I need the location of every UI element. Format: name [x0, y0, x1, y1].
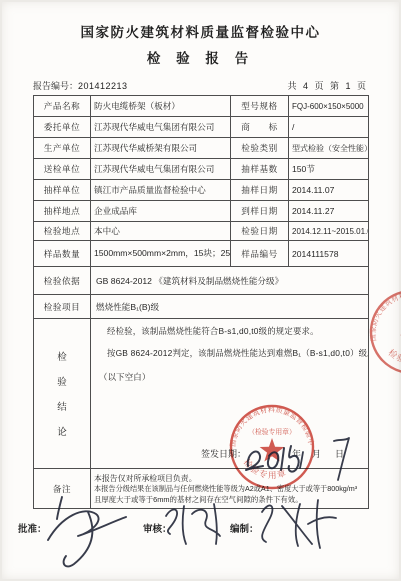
- field-value-manufacturer: 江苏现代华威桥架有限公司: [91, 138, 231, 159]
- table-row: 检验项目 燃烧性能B₁(B)级: [34, 295, 369, 319]
- field-label-arrival-date: 到样日期: [231, 201, 289, 222]
- field-value-inspection-items: 燃烧性能B₁(B)级: [91, 295, 369, 319]
- field-label-model-spec: 型号规格: [231, 96, 289, 117]
- issue-date-line: 签发日期： 年 月 日: [91, 447, 368, 463]
- field-label-remark: 备注: [34, 469, 91, 509]
- remark-line-1: 本报告仅对所承检项目负责。: [94, 473, 365, 484]
- field-value-inspection-basis: GB 8624-2012 《建筑材料及制品燃烧性能分级》: [91, 267, 369, 295]
- table-row: 检验依据 GB 8624-2012 《建筑材料及制品燃烧性能分级》: [34, 267, 369, 295]
- conclusion-label-char: 论: [57, 424, 67, 438]
- field-label-sampling-place: 抽样地点: [34, 201, 91, 222]
- svg-text:检验专用章: 检验专用章: [385, 337, 401, 372]
- field-label-submitting-unit: 送检单位: [34, 159, 91, 180]
- field-label-inspection-category: 检验类别: [231, 138, 289, 159]
- issue-date-label: 签发日期：: [201, 447, 246, 460]
- review-label: 审核：: [143, 521, 172, 535]
- compile-label: 编制：: [230, 521, 259, 535]
- field-value-inspection-category: 型式检验（安全性能）: [289, 138, 369, 159]
- report-number: 报告编号：201412213: [33, 79, 128, 92]
- table-row: 送检单位 江苏现代华威电气集团有限公司 抽样基数 150节: [34, 159, 369, 180]
- field-label-inspection-place: 检验地点: [34, 222, 91, 241]
- field-value-inspection-place: 本中心: [91, 222, 231, 241]
- field-label-trademark: 商 标: [231, 117, 289, 138]
- field-label-client-unit: 委托单位: [34, 117, 91, 138]
- table-row: 抽样地点 企业成品库 到样日期 2014.11.27: [34, 201, 369, 222]
- field-value-sample-base: 150节: [289, 159, 369, 180]
- field-value-submitting-unit: 江苏现代华威电气集团有限公司: [91, 159, 231, 180]
- field-label-manufacturer: 生产单位: [34, 138, 91, 159]
- field-value-model-spec: FQJ-600×150×5000: [289, 96, 369, 117]
- field-value-sampling-date: 2014.11.07: [289, 180, 369, 201]
- table-row: 抽样单位 镇江市产品质量监督检验中心 抽样日期 2014.11.07: [34, 180, 369, 201]
- issue-date-month-unit: 月: [312, 447, 321, 460]
- field-value-inspection-date: 2014.12.11~2015.01.06: [289, 222, 369, 241]
- issue-date-day-unit: 日: [335, 447, 344, 460]
- issue-date-year-unit: 年: [292, 447, 301, 460]
- table-row: 检 验 结 论 经检验，该制品燃烧性能符合B-s1,d0,t0级的规定要求。 按…: [34, 319, 369, 469]
- page-subtitle: 检 验 报 告: [0, 47, 401, 67]
- field-value-trademark: /: [289, 117, 369, 138]
- inspection-report-page: 国家防火建筑材料质量监督检验中心 检 验 报 告 报告编号：201412213 …: [0, 0, 401, 581]
- field-value-remark: 本报告仅对所承检项目负责。 本报告分级结果在该制品与任何燃烧性能等级为A2或A1…: [91, 469, 369, 509]
- conclusion-label-char: 结: [57, 399, 67, 413]
- remark-line-3: 且厚度大于或等于6mm的基材之间存在空气间隙的条件下有效。: [94, 494, 365, 505]
- field-label-inspection-date: 检验日期: [231, 222, 289, 241]
- field-label-product-name: 产品名称: [34, 96, 91, 117]
- table-row: 备注 本报告仅对所承检项目负责。 本报告分级结果在该制品与任何燃烧性能等级为A2…: [34, 469, 369, 509]
- field-value-product-name: 防火电缆桥架（板材）: [91, 96, 231, 117]
- review-signature: [166, 504, 220, 544]
- remark-line-2: 本报告分级结果在该制品与任何燃烧性能等级为A2或A1、密度大于或等于800kg/…: [94, 484, 365, 494]
- conclusion-label-char: 验: [57, 374, 67, 388]
- field-value-inspection-conclusion: 经检验，该制品燃烧性能符合B-s1,d0,t0级的规定要求。 按GB 8624-…: [91, 319, 369, 469]
- report-table: 产品名称 防火电缆桥架（板材） 型号规格 FQJ-600×150×5000 委托…: [33, 95, 369, 509]
- field-label-inspection-basis: 检验依据: [34, 267, 91, 295]
- field-label-sample-no: 样品编号: [231, 241, 289, 267]
- field-value-sampling-unit: 镇江市产品质量监督检验中心: [91, 180, 231, 201]
- page-title: 国家防火建筑材料质量监督检验中心: [0, 21, 401, 41]
- field-label-sampling-date: 抽样日期: [231, 180, 289, 201]
- field-label-sample-quantity: 样品数量: [34, 241, 91, 267]
- table-row: 样品数量 1500mm×500mm×2mm，15块；250mm×90mm×2mm…: [34, 241, 369, 267]
- field-value-sample-quantity: 1500mm×500mm×2mm，15块；250mm×90mm×2mm，16块: [91, 241, 231, 267]
- field-value-sampling-place: 企业成品库: [91, 201, 231, 222]
- field-value-arrival-date: 2014.11.27: [289, 201, 369, 222]
- conclusion-line-3: （以下空白）: [99, 371, 150, 383]
- field-label-sample-base: 抽样基数: [231, 159, 289, 180]
- conclusion-label-char: 检: [57, 349, 67, 363]
- conclusion-line-1: 经检验，该制品燃烧性能符合B-s1,d0,t0级的规定要求。: [107, 325, 319, 337]
- report-number-value: 201412213: [78, 81, 128, 91]
- conclusion-line-2: 按GB 8624-2012判定，该制品燃烧性能达到难燃B₁（B-s1,d0,t0…: [107, 347, 369, 359]
- table-row: 委托单位 江苏现代华威电气集团有限公司 商 标 /: [34, 117, 369, 138]
- pagination: 共 4 页 第 1 页: [287, 79, 368, 92]
- report-meta-line: 报告编号：201412213 共 4 页 第 1 页: [33, 79, 368, 92]
- approve-label: 批准：: [18, 521, 47, 535]
- field-label-sampling-unit: 抽样单位: [34, 180, 91, 201]
- report-number-label: 报告编号：: [33, 81, 78, 91]
- table-row: 检验地点 本中心 检验日期 2014.12.11~2015.01.06: [34, 222, 369, 241]
- field-value-client-unit: 江苏现代华威电气集团有限公司: [91, 117, 231, 138]
- field-label-inspection-items: 检验项目: [34, 295, 91, 319]
- field-value-sample-no: 2014111578: [289, 241, 369, 267]
- field-label-inspection-conclusion: 检 验 结 论: [34, 319, 91, 469]
- table-row: 产品名称 防火电缆桥架（板材） 型号规格 FQJ-600×150×5000: [34, 96, 369, 117]
- table-row: 生产单位 江苏现代华威桥架有限公司 检验类别 型式检验（安全性能）: [34, 138, 369, 159]
